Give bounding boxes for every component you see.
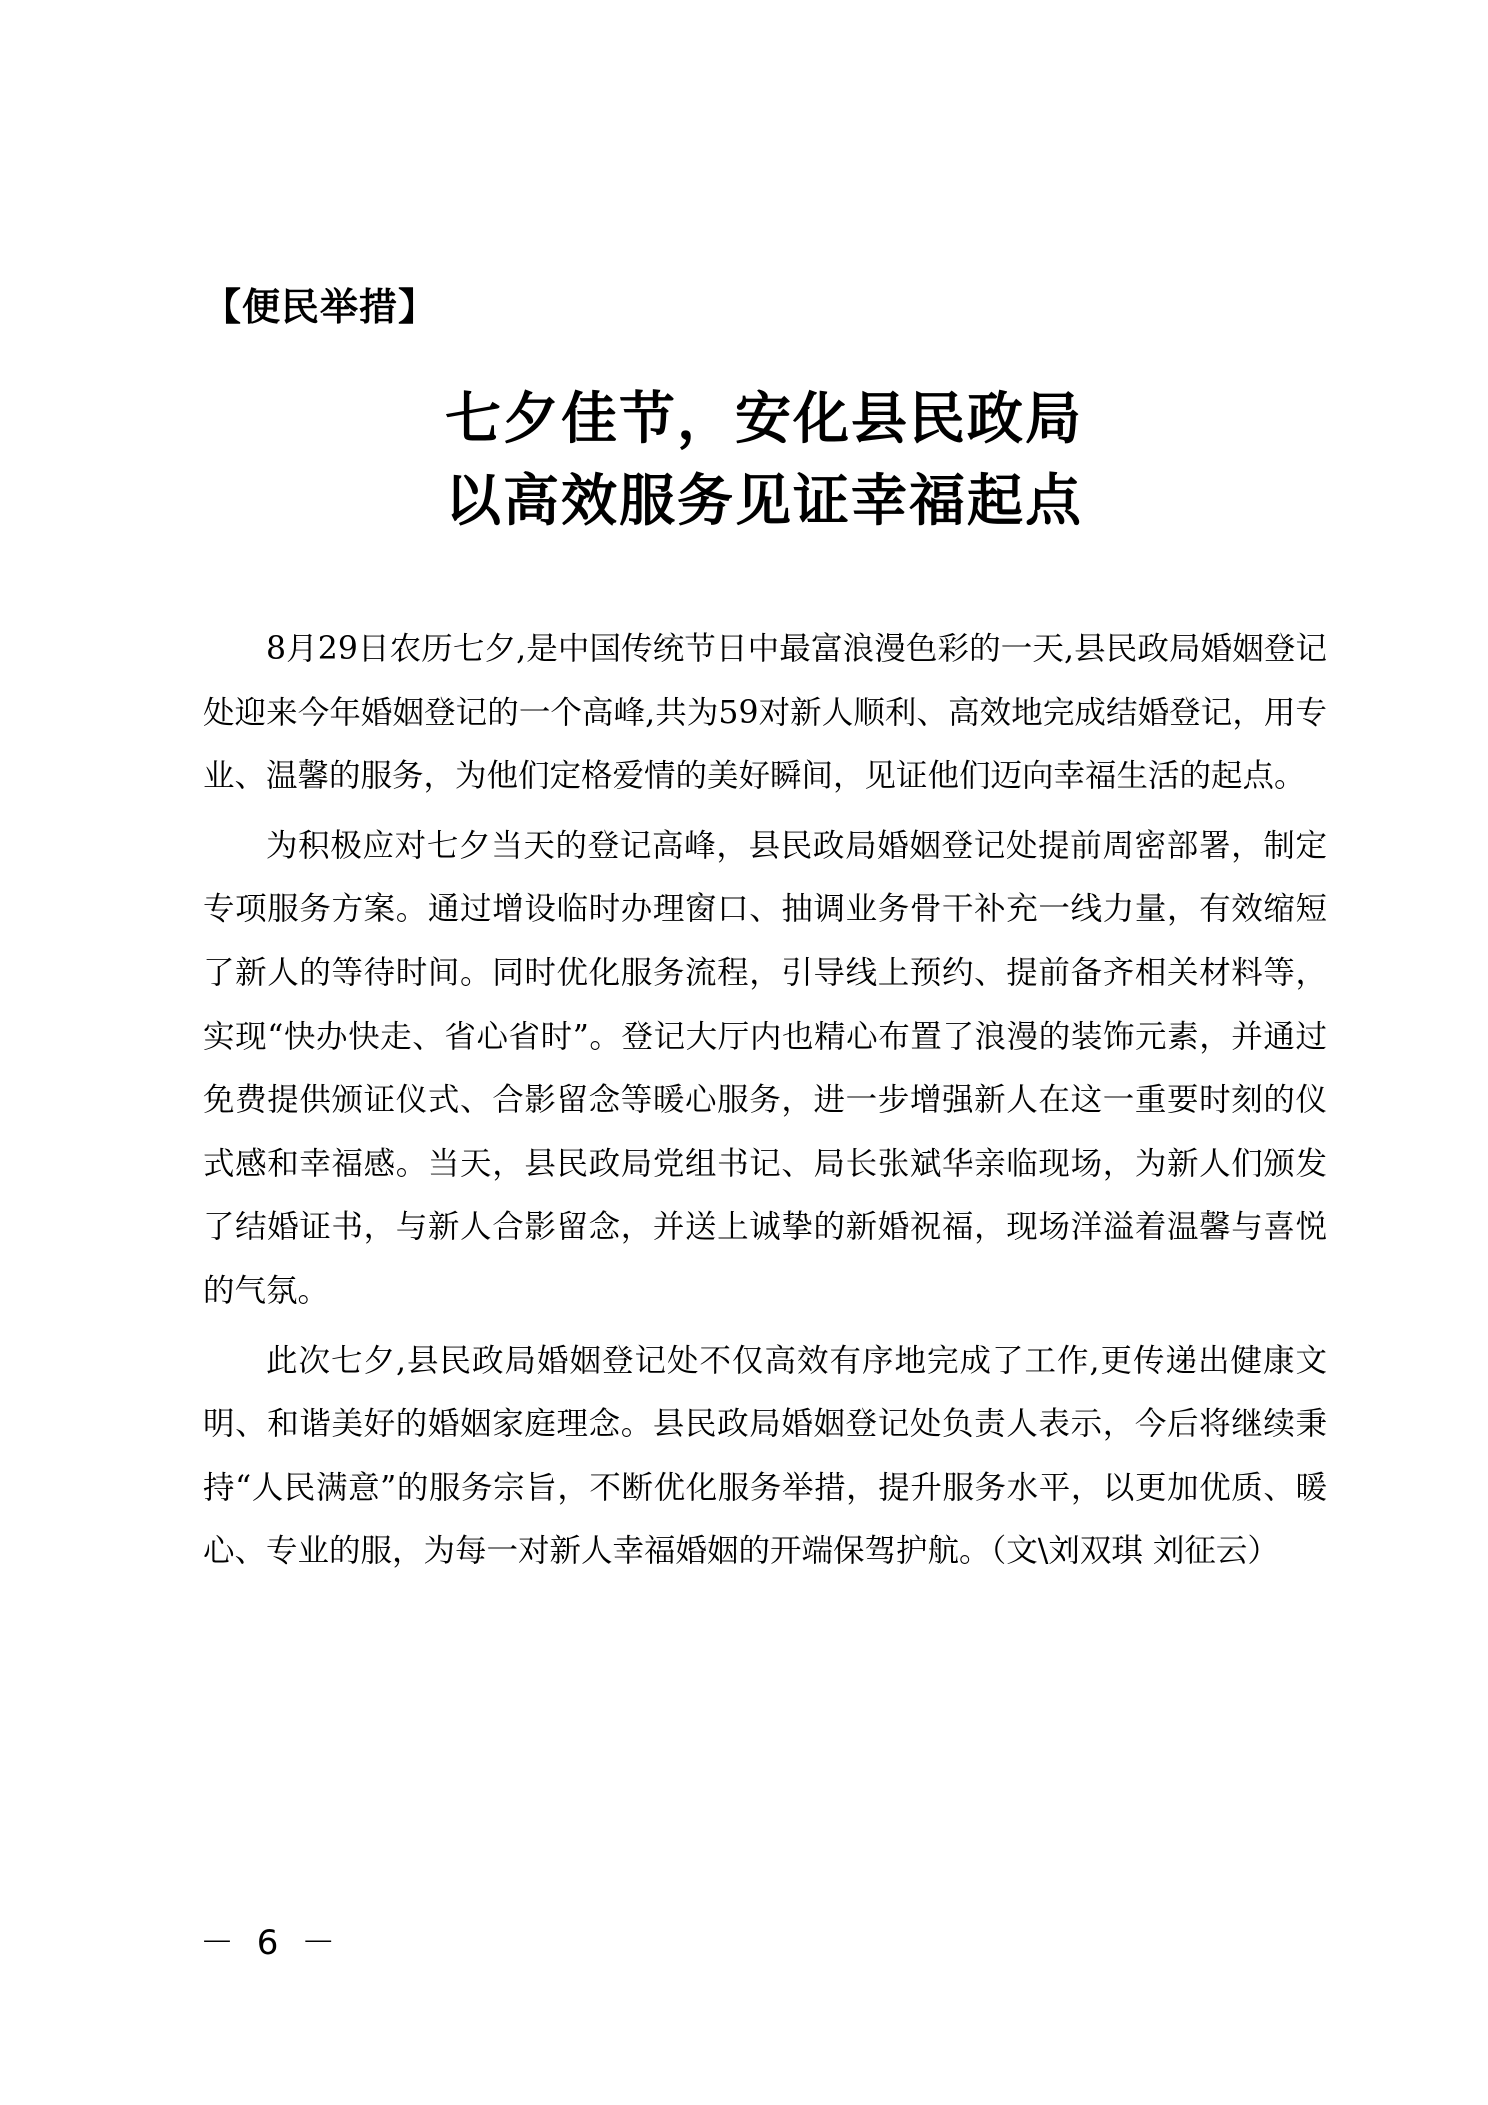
article-title-line-2: 以高效服务见证幸福起点 [0, 460, 1488, 542]
article-title-line-1: 七夕佳节，安化县民政局 [0, 378, 1488, 460]
article-paragraph-1: 8月29日农历七夕,是中国传统节日中最富浪漫色彩的一天,县民政局婚姻登记处迎来今… [203, 618, 1327, 809]
page-number: － 6 － [200, 1923, 341, 1963]
article-paragraph-3: 此次七夕,县民政局婚姻登记处不仅高效有序地完成了工作,更传递出健康文明、和谐美好… [203, 1330, 1327, 1584]
article-paragraph-2: 为积极应对七夕当天的登记高峰，县民政局婚姻登记处提前周密部署，制定专项服务方案。… [203, 815, 1327, 1324]
article-title: 七夕佳节，安化县民政局 以高效服务见证幸福起点 [0, 378, 1488, 542]
article-body: 8月29日农历七夕,是中国传统节日中最富浪漫色彩的一天,县民政局婚姻登记处迎来今… [203, 618, 1327, 1590]
section-tag: 【便民举措】 [203, 282, 437, 332]
